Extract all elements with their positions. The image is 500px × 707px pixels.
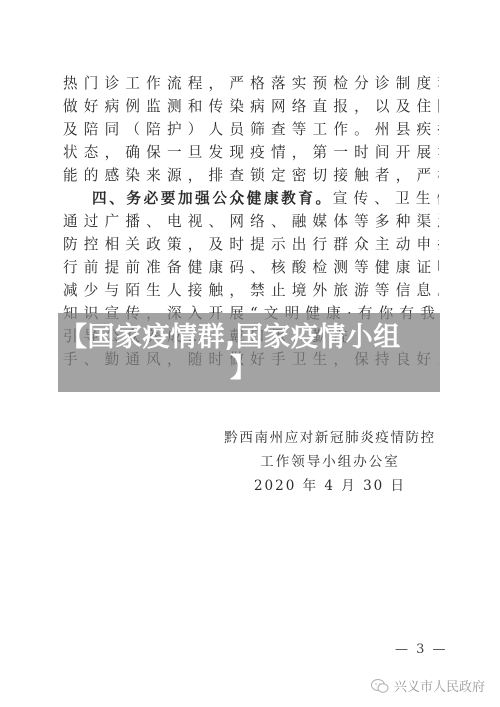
watermark-text: 兴义市人民政府 bbox=[394, 676, 485, 695]
section-four-first-line-text: 宣传、卫生健康等部门，要 bbox=[333, 190, 439, 207]
section-four-first-line: 四、务必要加强公众健康教育。宣传、卫生健康等部门，要 bbox=[63, 187, 439, 210]
body-line: 防控相关政策，及时提示出行群众主动申报重点地区旅居史，出 bbox=[63, 233, 439, 256]
body-line: 做好病例监测和传染病网络直报，以及住院发热病人、就诊患者 bbox=[63, 95, 439, 118]
body-line: 状态，确保一旦发现疫情，第一时间开展流行病学调查，查找可 bbox=[63, 141, 439, 164]
document-page: 热门诊工作流程，严格落实预检分诊制度和发热病人留观制度， 做好病例监测和传染病网… bbox=[0, 0, 500, 707]
body-line: 通过广播、电视、网络、融媒体等多种渠道，广泛宣传我州疫情 bbox=[63, 210, 439, 233]
overlay-title: 【国家疫情群,国家疫情小组 】 bbox=[58, 322, 440, 384]
body-line: 减少与陌生人接触，禁止境外旅游等信息。要大力加强疫情防控 bbox=[63, 279, 439, 302]
body-line: 热门诊工作流程，严格落实预检分诊制度和发热病人留观制度， bbox=[63, 72, 439, 95]
overlay-title-line1: 【国家疫情群,国家疫情小组 bbox=[58, 322, 440, 353]
overlay-title-line2: 】 bbox=[58, 353, 440, 384]
signature-block: 黔西南州应对新冠肺炎疫情防控 工作领导小组办公室 2020 年 4 月 30 日 bbox=[200, 426, 460, 498]
body-line: 行前提前准备健康码、核酸检测等健康证明，尽量选择自驾游， bbox=[63, 256, 439, 279]
section-four-heading: 四、务必要加强公众健康教育。 bbox=[92, 190, 333, 207]
wechat-icon bbox=[370, 678, 390, 694]
source-watermark: 兴义市人民政府 bbox=[370, 676, 485, 695]
body-line: 能的感染来源，排查锁定密切接触者，严格落实相关管控措施。 bbox=[63, 164, 439, 187]
page-number: — 3 — bbox=[395, 642, 448, 657]
signature-org-line1: 黔西南州应对新冠肺炎疫情防控 bbox=[200, 426, 460, 450]
body-line: 及陪同（陪护）人员筛查等工作。州县疾控部门要随时保持战备 bbox=[63, 118, 439, 141]
signature-org-line2: 工作领导小组办公室 bbox=[200, 450, 460, 474]
signature-date: 2020 年 4 月 30 日 bbox=[200, 474, 460, 498]
